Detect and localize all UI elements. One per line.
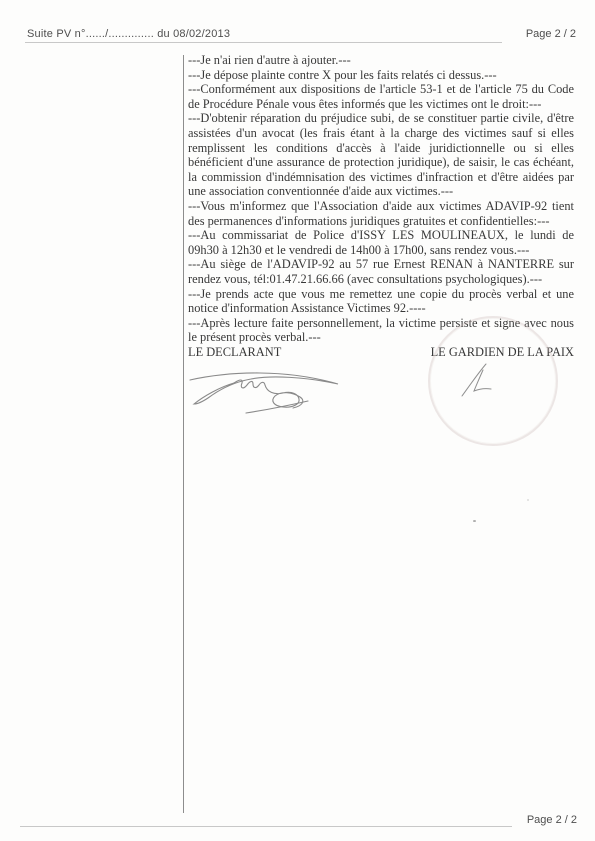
statement-text-block: ---Je n'ai rien d'autre à ajouter.--- --… bbox=[188, 53, 574, 359]
officer-signature-icon bbox=[450, 358, 500, 400]
statement-paragraph: ---Au siège de l'ADAVIP-92 au 57 rue Ern… bbox=[188, 257, 574, 286]
statement-paragraph: ---D'obtenir réparation du préjudice sub… bbox=[188, 111, 574, 199]
scanned-police-report-page: Suite PV n°....../.............. du 08/0… bbox=[0, 0, 595, 841]
statement-paragraph: ---Conformément aux dispositions de l'ar… bbox=[188, 82, 574, 111]
header-rule bbox=[25, 42, 502, 43]
left-margin-line bbox=[183, 55, 184, 813]
scan-speck bbox=[527, 499, 529, 501]
statement-paragraph: ---Vous m'informez que l'Association d'a… bbox=[188, 199, 574, 228]
statement-paragraph: ---Je dépose plainte contre X pour les f… bbox=[188, 68, 574, 83]
header-page-indicator: Page 2 / 2 bbox=[526, 28, 576, 40]
statement-paragraph: ---Je prends acte que vous me remettez u… bbox=[188, 287, 574, 316]
statement-paragraph: ---Au commissariat de Police d'ISSY LES … bbox=[188, 228, 574, 257]
header-pv-reference: Suite PV n°....../.............. du 08/0… bbox=[27, 28, 230, 40]
declarant-signature-icon bbox=[186, 356, 356, 421]
scan-speck bbox=[473, 520, 476, 522]
footer-rule bbox=[20, 826, 512, 827]
footer-page-indicator: Page 2 / 2 bbox=[527, 814, 577, 826]
statement-paragraph: ---Je n'ai rien d'autre à ajouter.--- bbox=[188, 53, 574, 68]
